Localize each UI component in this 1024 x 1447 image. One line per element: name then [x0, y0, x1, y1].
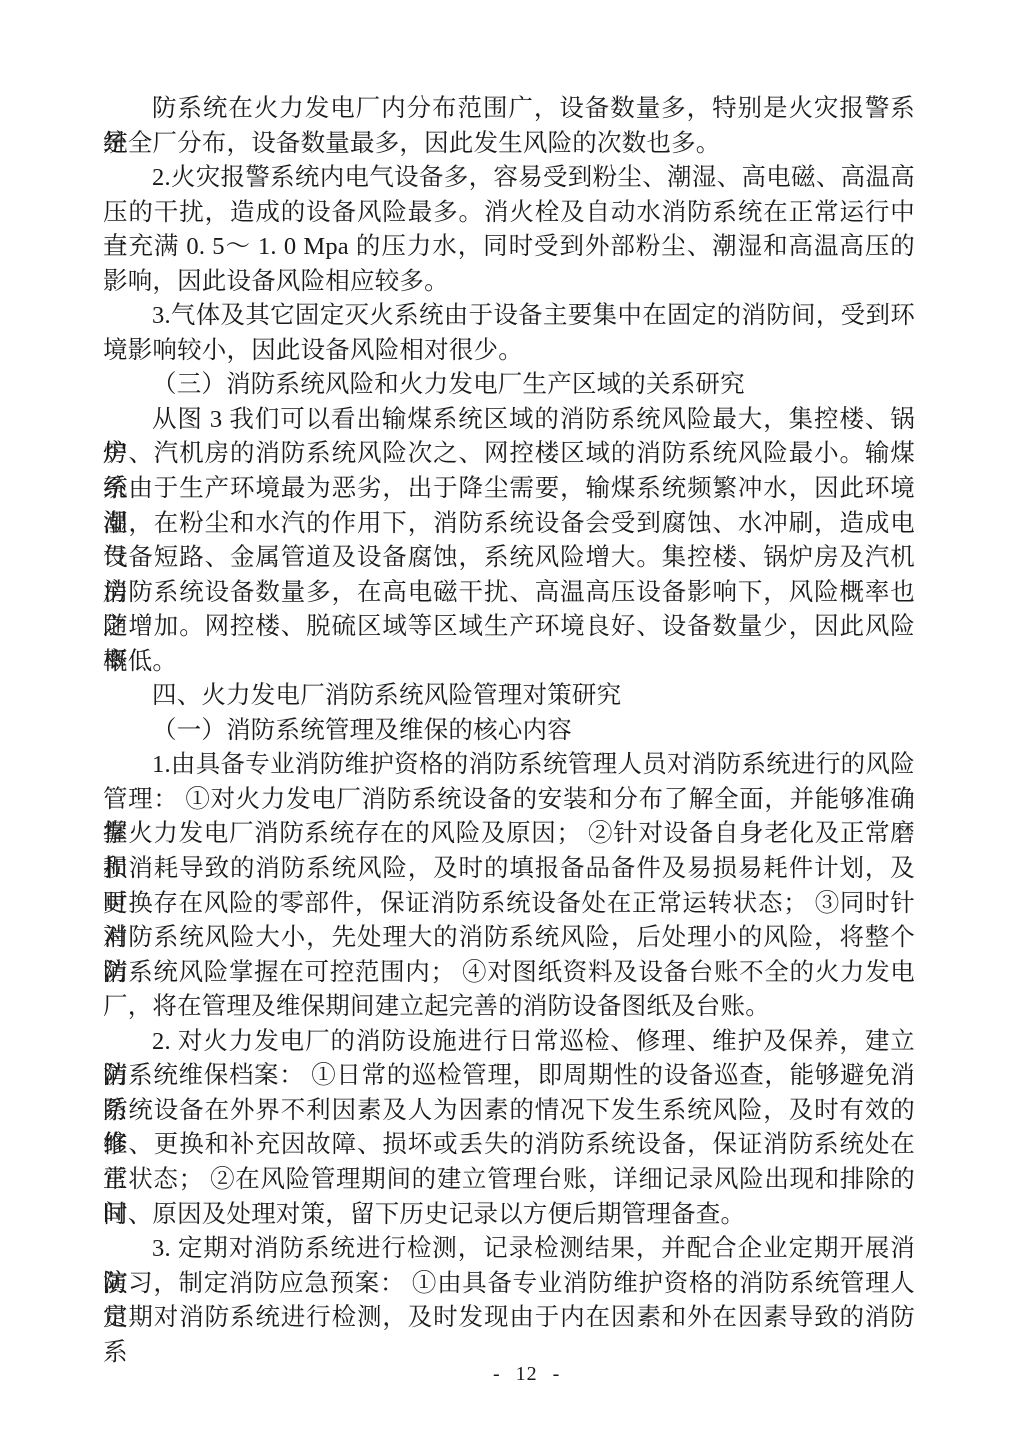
text-line: 影响，因此设备风险相应较多。	[103, 265, 915, 300]
text-line: 系统设备在外界不利因素及人为因素的情况下发生系统风险，及时有效的维	[103, 1094, 915, 1129]
text-line: 3.气体及其它固定灭火系统由于设备主要集中在固定的消防间，受到环	[103, 299, 915, 334]
text-line: 3. 定期对消防系统进行检测，记录检测结果，并配合企业定期开展消防	[103, 1232, 915, 1267]
document-page: 防系统在火力发电厂内分布范围广，设备数量多，特别是火灾报警系统是全厂分布，设备数…	[0, 0, 1024, 1447]
text-line: 统由于生产环境最为恶劣，出于降尘需要，输煤系统频繁冲水，因此环境潮	[103, 472, 915, 507]
text-line: 四、火力发电厂消防系统风险管理对策研究	[103, 679, 915, 714]
text-line: 直充满 0. 5～ 1. 0 Mpa 的压力水，同时受到外部粉尘、潮湿和高温高压…	[103, 230, 915, 265]
text-line: 管理： ①对火力发电厂消防系统设备的安装和分布了解全面，并能够准确掌	[103, 783, 915, 818]
text-line: （一）消防系统管理及维保的核心内容	[103, 714, 915, 749]
text-line: 厂，将在管理及维保期间建立起完善的消防设备图纸及台账。	[103, 990, 915, 1025]
text-line: 握火力发电厂消防系统存在的风险及原因； ②针对设备自身老化及正常磨损	[103, 817, 915, 852]
text-line: 房、汽机房的消防系统风险次之、网控楼区域的消防系统风险最小。输煤系	[103, 437, 915, 472]
text-line: 消防系统风险大小，先处理大的消防系统风险，后处理小的风险，将整个消	[103, 921, 915, 956]
text-line: 之增加。网控楼、脱硫区域等区域生产环境良好、设备数量少，因此风险概	[103, 610, 915, 645]
text-line: 防系统在火力发电厂内分布范围广，设备数量多，特别是火灾报警系统	[103, 92, 915, 127]
document-body: 防系统在火力发电厂内分布范围广，设备数量多，特别是火灾报警系统是全厂分布，设备数…	[103, 92, 915, 1336]
text-line: 间、原因及处理对策，留下历史记录以方便后期管理备查。	[103, 1198, 915, 1233]
text-line: 定期对消防系统进行检测，及时发现由于内在因素和外在因素导致的消防系	[103, 1301, 915, 1336]
text-line: 常状态； ②在风险管理期间的建立管理台账，详细记录风险出现和排除的时	[103, 1163, 915, 1198]
text-line: 修、更换和补充因故障、损坏或丢失的消防系统设备，保证消防系统处在正	[103, 1128, 915, 1163]
text-line: 境影响较小，因此设备风险相对很少。	[103, 334, 915, 369]
text-line: 1.由具备专业消防维护资格的消防系统管理人员对消防系统进行的风险	[103, 748, 915, 783]
text-line: 防系统维保档案： ①日常的巡检管理，即周期性的设备巡查，能够避免消防	[103, 1059, 915, 1094]
text-line: 率低。	[103, 645, 915, 680]
text-line: （三）消防系统风险和火力发电厂生产区域的关系研究	[103, 368, 915, 403]
text-line: 压的干扰，造成的设备风险最多。消火栓及自动水消防系统在正常运行中一	[103, 196, 915, 231]
text-line: 2. 对火力发电厂的消防设施进行日常巡检、修理、维护及保养，建立消	[103, 1025, 915, 1060]
text-line: 和消耗导致的消防系统风险，及时的填报备品备件及易损易耗件计划，及时	[103, 852, 915, 887]
text-line: 演习，制定消防应急预案： ①由具备专业消防维护资格的消防系统管理人员	[103, 1267, 915, 1302]
text-line: 湿，在粉尘和水汽的作用下，消防系统设备会受到腐蚀、水冲刷，造成电气	[103, 507, 915, 542]
text-line: 从图 3 我们可以看出输煤系统区域的消防系统风险最大，集控楼、锅炉	[103, 403, 915, 438]
text-line: 2.火灾报警系统内电气设备多，容易受到粉尘、潮湿、高电磁、高温高	[103, 161, 915, 196]
text-line: 设备短路、金属管道及设备腐蚀，系统风险增大。集控楼、锅炉房及汽机房	[103, 541, 915, 576]
text-line: 是全厂分布，设备数量最多，因此发生风险的次数也多。	[103, 127, 915, 162]
page-number: - 12 -	[493, 1363, 560, 1386]
text-line: 更换存在风险的零部件，保证消防系统设备处在正常运转状态； ③同时针对	[103, 887, 915, 922]
text-line: 消防系统设备数量多，在高电磁干扰、高温高压设备影响下，风险概率也随	[103, 576, 915, 611]
text-line: 防系统风险掌握在可控范围内； ④对图纸资料及设备台账不全的火力发电	[103, 956, 915, 991]
